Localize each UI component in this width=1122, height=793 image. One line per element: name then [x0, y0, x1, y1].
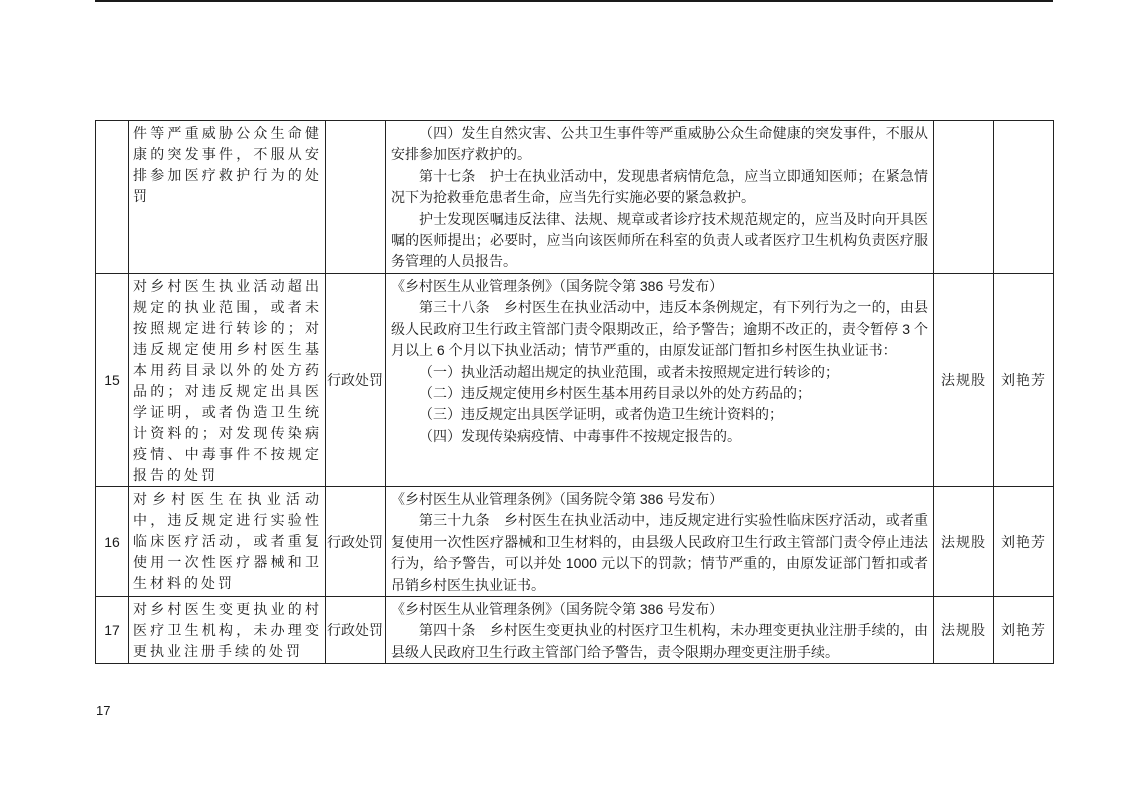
- legal-basis-paragraph: 《乡村医生从业管理条例》（国务院令第 386 号发布）: [391, 276, 928, 297]
- table-row: 15 对乡村医生执业活动超出规定的执业范围，或者未按照规定进行转诊的；对违反规定…: [96, 274, 1054, 487]
- table-row: 17 对乡村医生变更执业的村医疗卫生机构，未办理变更执业注册手续的处罚 行政处罚…: [96, 597, 1054, 664]
- legal-basis-paragraph: （四）发生自然灾害、公共卫生事件等严重威胁公众生命健康的突发事件，不服从安排参加…: [391, 123, 928, 166]
- penalty-type-cell: 行政处罚: [326, 487, 386, 597]
- item-cell: 对乡村医生在执业活动中，违反规定进行实验性临床医疗活动，或者重复使用一次性医疗器…: [129, 487, 326, 597]
- legal-basis-cell: 《乡村医生从业管理条例》（国务院令第 386 号发布） 第三十八条 乡村医生在执…: [386, 274, 934, 487]
- legal-basis-cell: 《乡村医生从业管理条例》（国务院令第 386 号发布） 第三十九条 乡村医生在执…: [386, 487, 934, 597]
- legal-basis-paragraph: 护士发现医嘱违反法律、法规、规章或者诊疗技术规范规定的，应当及时向开具医嘱的医师…: [391, 209, 928, 273]
- legal-basis-cell: （四）发生自然灾害、公共卫生事件等严重威胁公众生命健康的突发事件，不服从安排参加…: [386, 121, 934, 274]
- item-cell: 对乡村医生变更执业的村医疗卫生机构，未办理变更执业注册手续的处罚: [129, 597, 326, 664]
- legal-basis-paragraph: （三）违反规定出具医学证明，或者伪造卫生统计资料的；: [391, 404, 928, 425]
- person-cell: 刘艳芳: [994, 274, 1054, 487]
- penalty-type-cell: 行政处罚: [326, 274, 386, 487]
- legal-basis-paragraph: （一）执业活动超出规定的执业范围，或者未按照规定进行转诊的；: [391, 362, 928, 383]
- legal-basis-paragraph: 《乡村医生从业管理条例》（国务院令第 386 号发布）: [391, 599, 928, 620]
- dept-cell: [934, 121, 994, 274]
- table-row: 16 对乡村医生在执业活动中，违反规定进行实验性临床医疗活动，或者重复使用一次性…: [96, 487, 1054, 597]
- document-page: 件等严重威胁公众生命健康的突发事件，不服从安排参加医疗救护行为的处罚 （四）发生…: [0, 0, 1122, 793]
- penalty-type-cell: 行政处罚: [326, 597, 386, 664]
- dept-cell: 法规股: [934, 274, 994, 487]
- dept-cell: 法规股: [934, 487, 994, 597]
- row-number-cell: 17: [96, 597, 129, 664]
- item-cell: 件等严重威胁公众生命健康的突发事件，不服从安排参加医疗救护行为的处罚: [129, 121, 326, 274]
- legal-basis-paragraph: 第三十九条 乡村医生在执业活动中，违反规定进行实验性临床医疗活动，或者重复使用一…: [391, 510, 928, 596]
- row-number-cell: 15: [96, 274, 129, 487]
- penalty-type-cell: [326, 121, 386, 274]
- person-cell: 刘艳芳: [994, 487, 1054, 597]
- legal-basis-paragraph: 第十七条 护士在执业活动中，发现患者病情危急，应当立即通知医师；在紧急情况下为抢…: [391, 166, 928, 209]
- legal-basis-cell: 《乡村医生从业管理条例》（国务院令第 386 号发布） 第四十条 乡村医生变更执…: [386, 597, 934, 664]
- dept-cell: 法规股: [934, 597, 994, 664]
- table-row: 件等严重威胁公众生命健康的突发事件，不服从安排参加医疗救护行为的处罚 （四）发生…: [96, 121, 1054, 274]
- row-number-cell: 16: [96, 487, 129, 597]
- legal-basis-paragraph: 第四十条 乡村医生变更执业的村医疗卫生机构，未办理变更执业注册手续的，由县级人民…: [391, 620, 928, 663]
- legal-basis-paragraph: 《乡村医生从业管理条例》（国务院令第 386 号发布）: [391, 489, 928, 510]
- page-number: 17: [96, 703, 110, 718]
- legal-basis-paragraph: （四）发现传染病疫情、中毒事件不按规定报告的。: [391, 426, 928, 447]
- row-number-cell: [96, 121, 129, 274]
- penalty-table: 件等严重威胁公众生命健康的突发事件，不服从安排参加医疗救护行为的处罚 （四）发生…: [95, 120, 1054, 664]
- person-cell: [994, 121, 1054, 274]
- page-top-edge-line: [95, 0, 1053, 2]
- item-cell: 对乡村医生执业活动超出规定的执业范围，或者未按照规定进行转诊的；对违反规定使用乡…: [129, 274, 326, 487]
- legal-basis-paragraph: 第三十八条 乡村医生在执业活动中，违反本条例规定，有下列行为之一的，由县级人民政…: [391, 297, 928, 361]
- legal-basis-paragraph: （二）违反规定使用乡村医生基本用药目录以外的处方药品的；: [391, 383, 928, 404]
- person-cell: 刘艳芳: [994, 597, 1054, 664]
